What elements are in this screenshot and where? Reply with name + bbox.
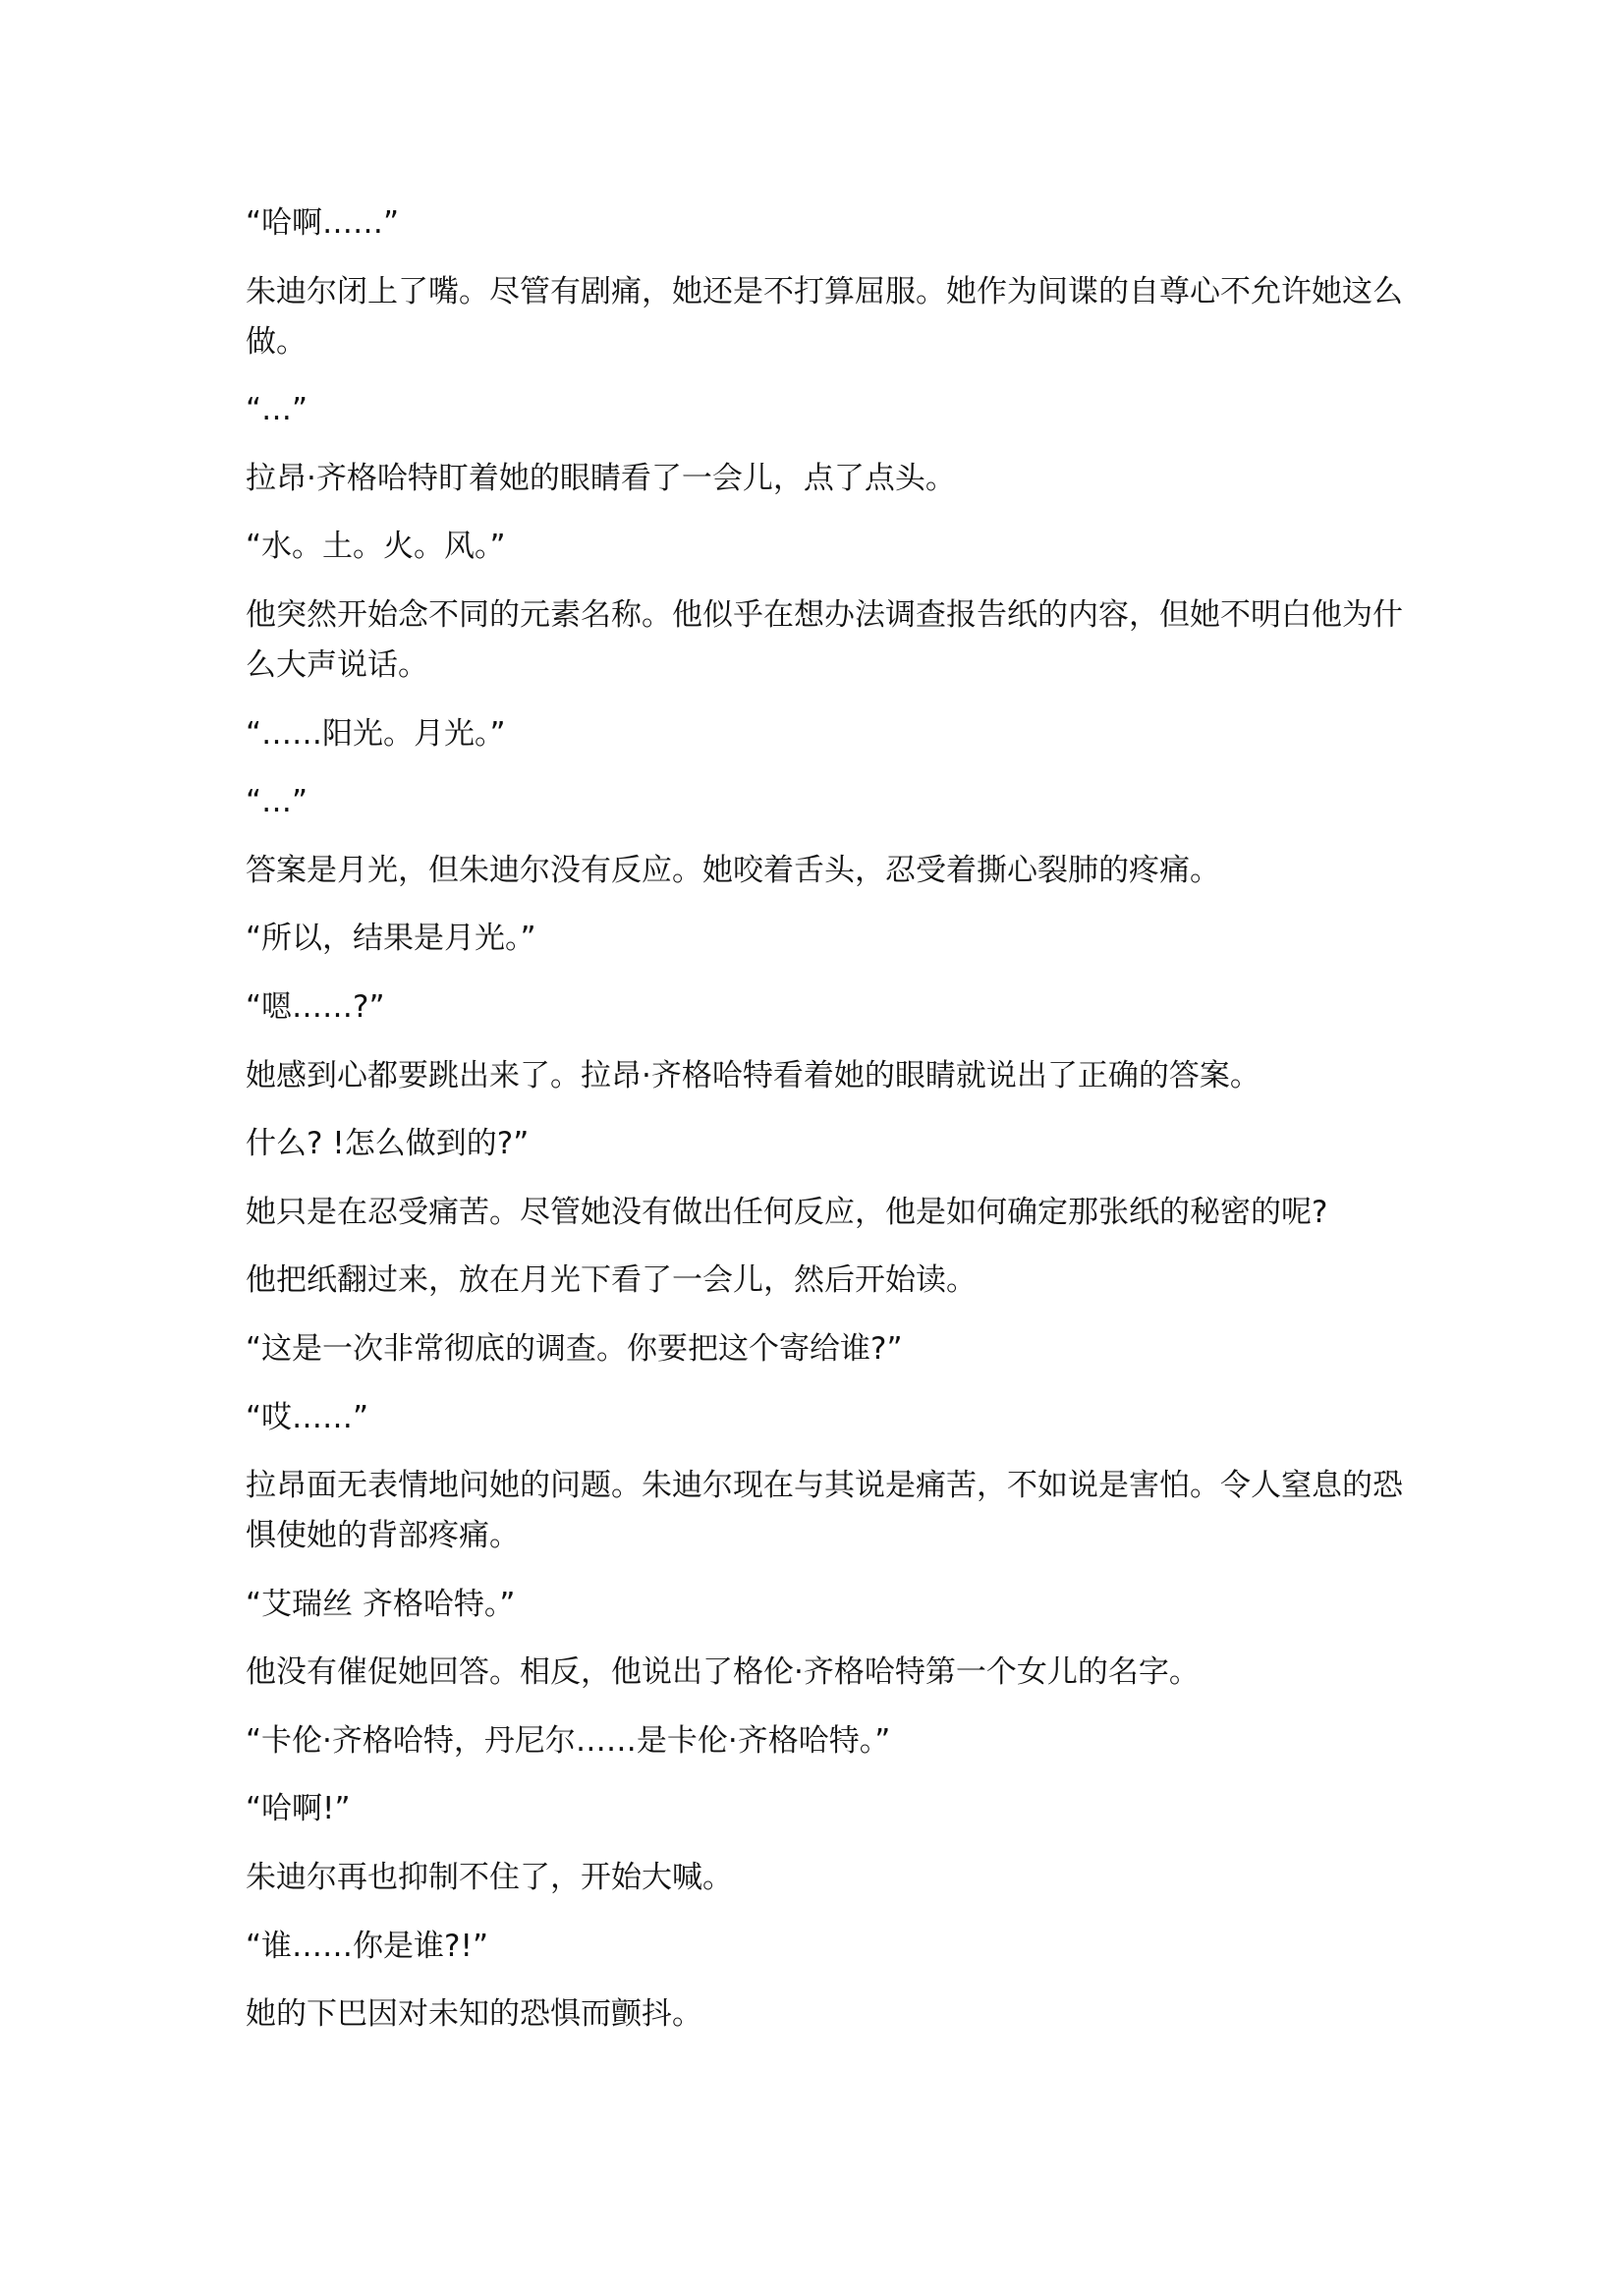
paragraph: 答案是月光，但朱迪尔没有反应。她咬着舌头，忍受着撕心裂肺的疼痛。 — [246, 846, 1395, 896]
paragraph: “卡伦·齐格哈特，丹尼尔……是卡伦·齐格哈特。” — [246, 1716, 1395, 1766]
paragraph: “水。土。火。风。” — [246, 522, 1395, 572]
paragraph-line: 朱迪尔再也抑制不住了，开始大喊。 — [246, 1853, 1395, 1903]
paragraph: 他没有催促她回答。相反，他说出了格伦·齐格哈特第一个女儿的名字。 — [246, 1648, 1395, 1698]
paragraph-line: 拉昂·齐格哈特盯着她的眼睛看了一会儿，点了点头。 — [246, 454, 1395, 504]
paragraph-line: “哈啊!” — [246, 1784, 1395, 1834]
paragraph-line: “这是一次非常彻底的调查。你要把这个寄给谁?” — [246, 1324, 1395, 1374]
paragraph-line: “…” — [246, 385, 1395, 435]
paragraph-line: 拉昂面无表情地问她的问题。朱迪尔现在与其说是痛苦，不如说是害怕。令人窒息的恐 — [246, 1461, 1395, 1511]
paragraph-line: “水。土。火。风。” — [246, 522, 1395, 572]
paragraph: 他突然开始念不同的元素名称。他似乎在想办法调查报告纸的内容，但她不明白他为什么大… — [246, 590, 1395, 691]
paragraph: “艾瑞丝 齐格哈特。” — [246, 1580, 1395, 1630]
paragraph: “嗯……?” — [246, 982, 1395, 1033]
paragraph-line: “嗯……?” — [246, 982, 1395, 1033]
document-page: “哈啊……” 朱迪尔闭上了嘴。尽管有剧痛，她还是不打算屈服。她作为间谍的自尊心不… — [246, 198, 1395, 2058]
paragraph-line: 朱迪尔闭上了嘴。尽管有剧痛，她还是不打算屈服。她作为间谍的自尊心不允许她这么 — [246, 267, 1395, 317]
paragraph-line: 他没有催促她回答。相反，他说出了格伦·齐格哈特第一个女儿的名字。 — [246, 1648, 1395, 1698]
paragraph-line: “谁……你是谁?!” — [246, 1922, 1395, 1972]
paragraph-line: 她感到心都要跳出来了。拉昂·齐格哈特看着她的眼睛就说出了正确的答案。 — [246, 1051, 1395, 1101]
paragraph-line: “哎……” — [246, 1393, 1395, 1443]
paragraph-line: “所以，结果是月光。” — [246, 914, 1395, 964]
paragraph: 她的下巴因对未知的恐惧而颤抖。 — [246, 1989, 1395, 2040]
paragraph: “哈啊!” — [246, 1784, 1395, 1834]
paragraph-line: 他把纸翻过来，放在月光下看了一会儿，然后开始读。 — [246, 1256, 1395, 1306]
paragraph-line: “……阳光。月光。” — [246, 709, 1395, 759]
paragraph: 她只是在忍受痛苦。尽管她没有做出任何反应，他是如何确定那张纸的秘密的呢? — [246, 1188, 1395, 1238]
paragraph: 什么? !怎么做到的?” — [246, 1119, 1395, 1169]
paragraph-line: 么大声说话。 — [246, 641, 1395, 691]
paragraph: 朱迪尔闭上了嘴。尽管有剧痛，她还是不打算屈服。她作为间谍的自尊心不允许她这么做。 — [246, 267, 1395, 367]
paragraph-line: 做。 — [246, 317, 1395, 367]
paragraph: “这是一次非常彻底的调查。你要把这个寄给谁?” — [246, 1324, 1395, 1374]
paragraph-line: “卡伦·齐格哈特，丹尼尔……是卡伦·齐格哈特。” — [246, 1716, 1395, 1766]
paragraph: 拉昂·齐格哈特盯着她的眼睛看了一会儿，点了点头。 — [246, 454, 1395, 504]
paragraph-line: 他突然开始念不同的元素名称。他似乎在想办法调查报告纸的内容，但她不明白他为什 — [246, 590, 1395, 641]
paragraph: “……阳光。月光。” — [246, 709, 1395, 759]
paragraph-line: 什么? !怎么做到的?” — [246, 1119, 1395, 1169]
paragraph-line: 她的下巴因对未知的恐惧而颤抖。 — [246, 1989, 1395, 2040]
paragraph: 他把纸翻过来，放在月光下看了一会儿，然后开始读。 — [246, 1256, 1395, 1306]
paragraph: 朱迪尔再也抑制不住了，开始大喊。 — [246, 1853, 1395, 1903]
paragraph: “…” — [246, 385, 1395, 435]
paragraph: 拉昂面无表情地问她的问题。朱迪尔现在与其说是痛苦，不如说是害怕。令人窒息的恐惧使… — [246, 1461, 1395, 1561]
paragraph-line: 她只是在忍受痛苦。尽管她没有做出任何反应，他是如何确定那张纸的秘密的呢? — [246, 1188, 1395, 1238]
paragraph: “…” — [246, 777, 1395, 827]
paragraph-line: “哈啊……” — [246, 198, 1395, 249]
paragraph: “所以，结果是月光。” — [246, 914, 1395, 964]
paragraph-line: “…” — [246, 777, 1395, 827]
paragraph: 她感到心都要跳出来了。拉昂·齐格哈特看着她的眼睛就说出了正确的答案。 — [246, 1051, 1395, 1101]
paragraph: “哈啊……” — [246, 198, 1395, 249]
paragraph-line: 答案是月光，但朱迪尔没有反应。她咬着舌头，忍受着撕心裂肺的疼痛。 — [246, 846, 1395, 896]
paragraph: “哎……” — [246, 1393, 1395, 1443]
paragraph: “谁……你是谁?!” — [246, 1922, 1395, 1972]
paragraph-line: 惧使她的背部疼痛。 — [246, 1511, 1395, 1561]
paragraph-line: “艾瑞丝 齐格哈特。” — [246, 1580, 1395, 1630]
